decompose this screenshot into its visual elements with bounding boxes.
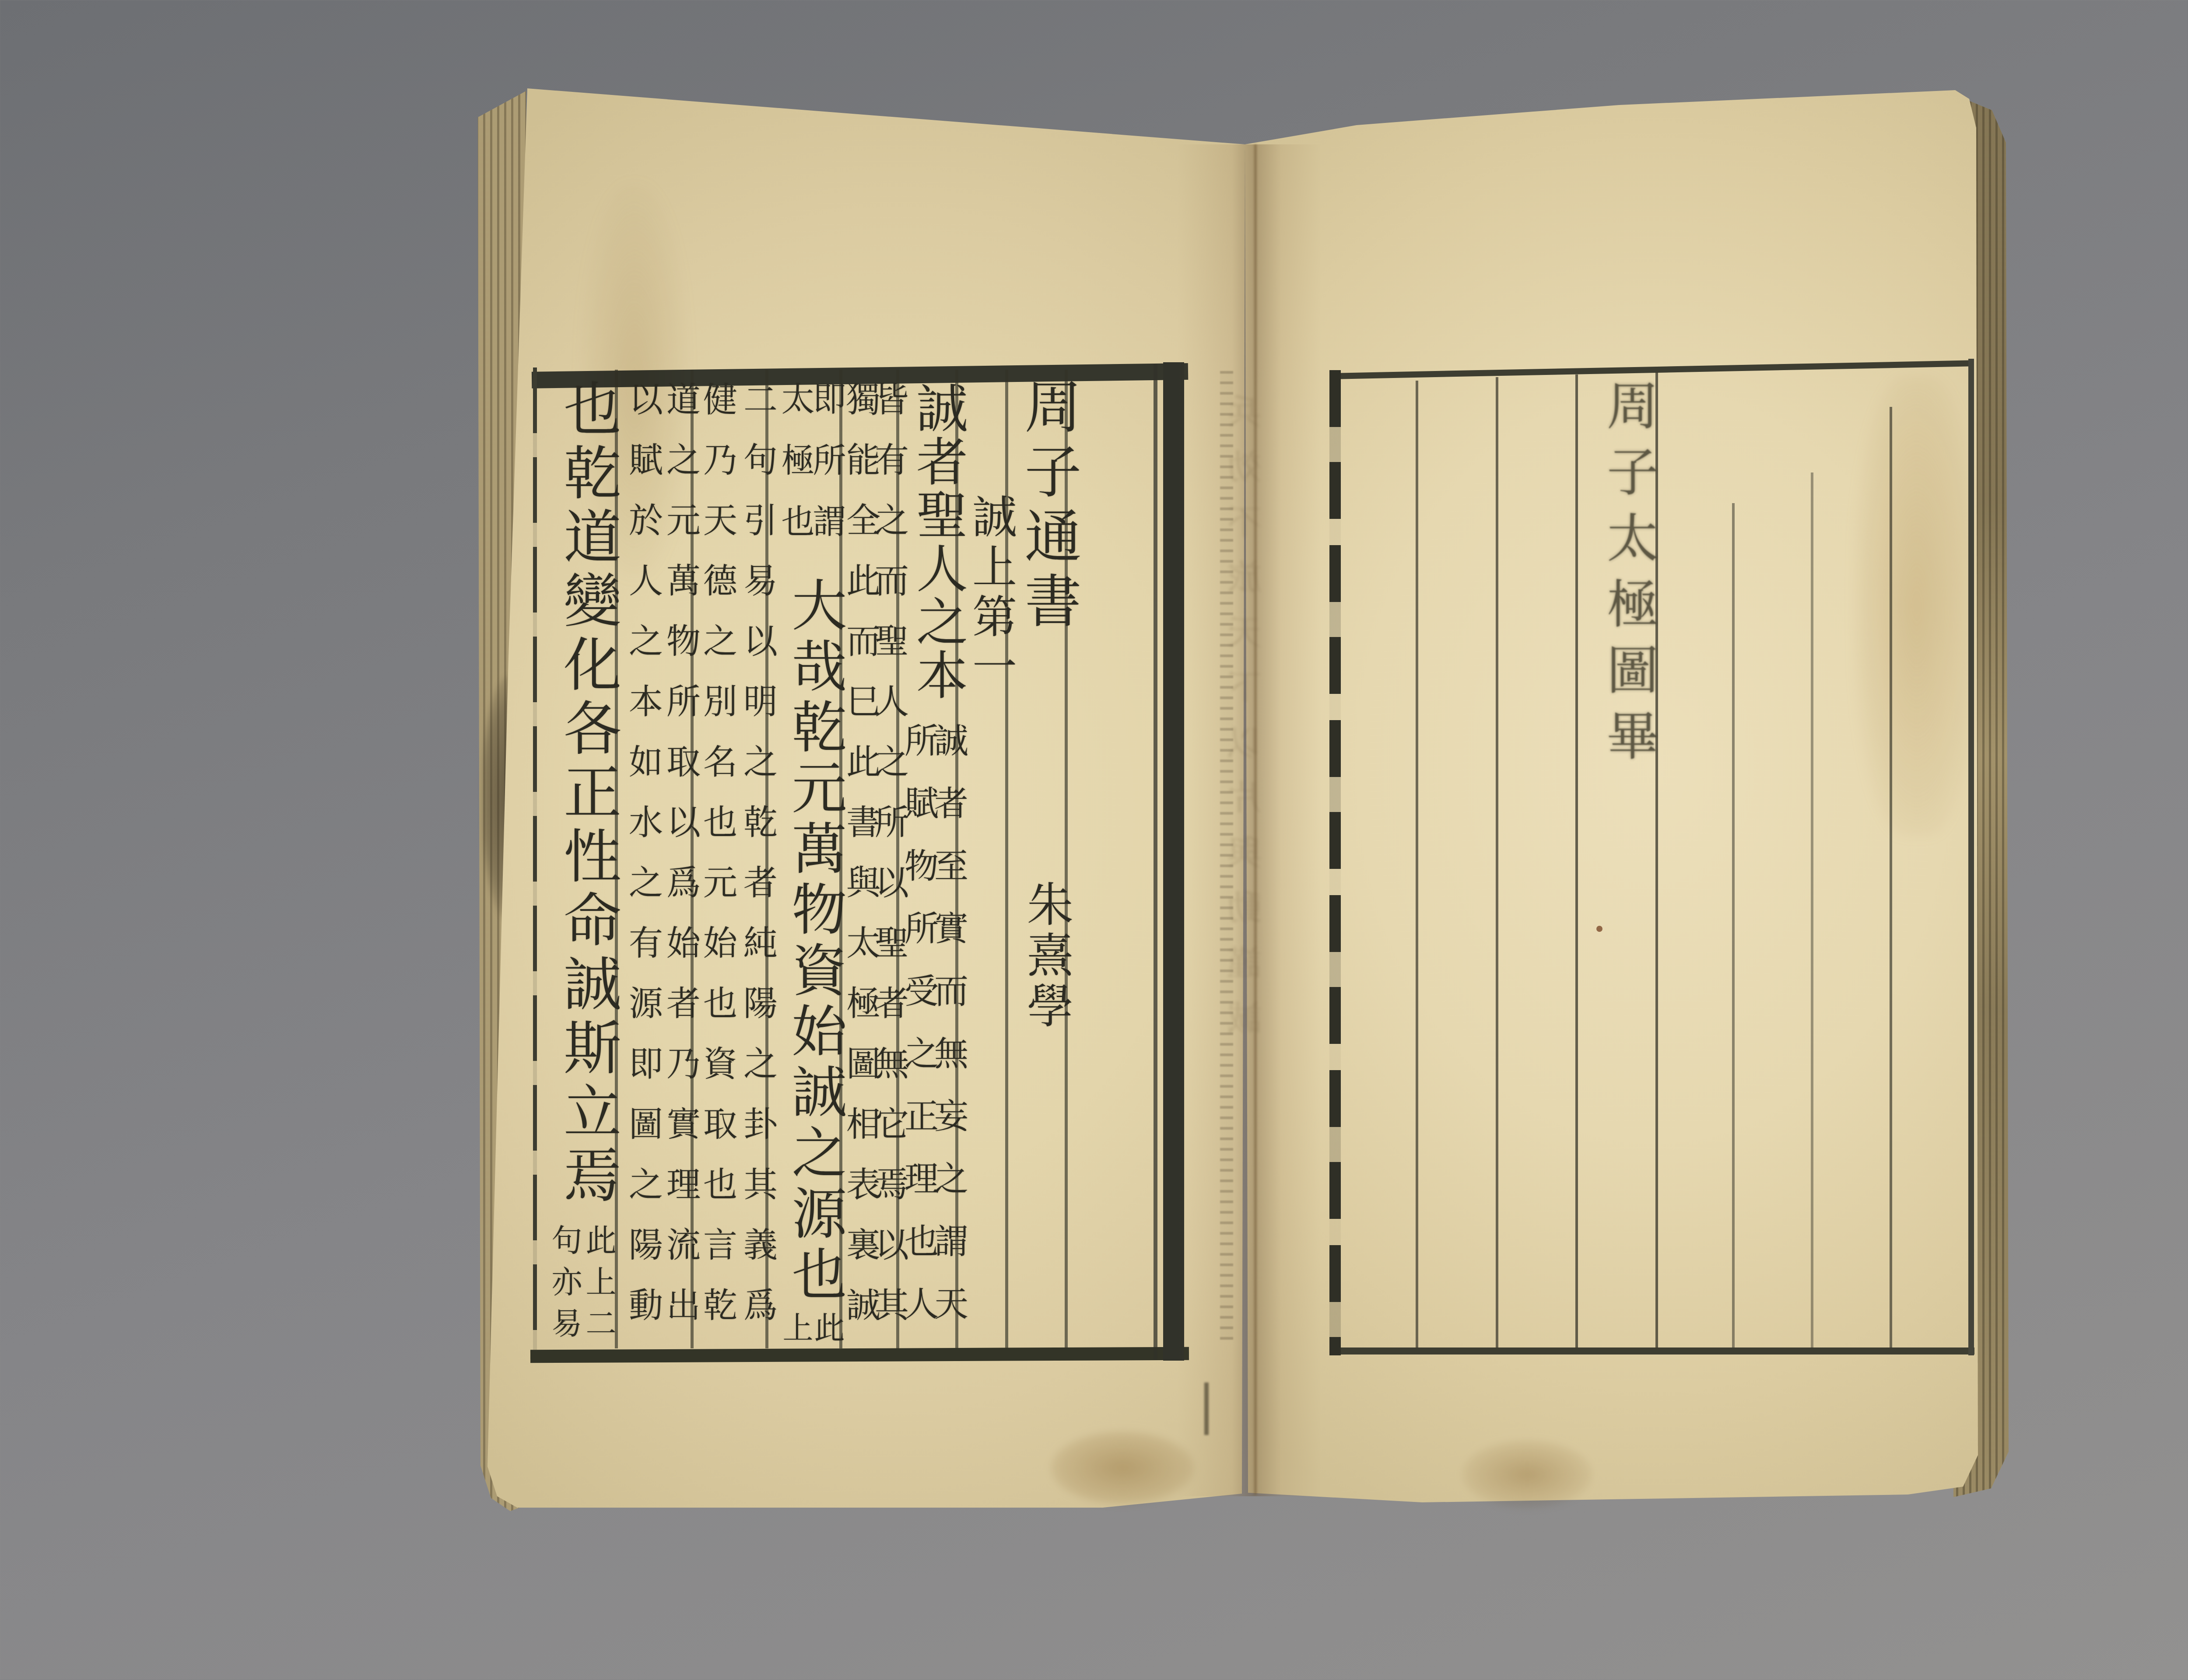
fold-crease-line bbox=[1254, 144, 1257, 1494]
column-rule bbox=[1890, 407, 1892, 1348]
column-rule bbox=[1732, 503, 1735, 1348]
text-column-6-large: 也乾道變化各正性命誠斯立焉 bbox=[533, 379, 616, 1209]
column-rule bbox=[1496, 377, 1498, 1348]
column-rule bbox=[1575, 374, 1578, 1348]
column-rule bbox=[1416, 381, 1418, 1348]
right-block-bottom-border bbox=[1333, 1347, 1974, 1354]
fox-spot bbox=[1596, 926, 1602, 932]
fold-bottom-notch bbox=[1204, 1382, 1209, 1435]
column-rule bbox=[1811, 472, 1813, 1348]
photograph-of-open-woodblock-book: { "scene": { "description_colors": { "ba… bbox=[0, 0, 2188, 1680]
right-block-left-border bbox=[1329, 370, 1341, 1355]
title-column-author: 朱熹學 bbox=[1002, 880, 1069, 1032]
colophon-text: 周子太極圖畢 bbox=[1579, 379, 1653, 808]
banxin-hatch-strip bbox=[1220, 371, 1233, 1340]
right-block-right-border bbox=[1968, 359, 1974, 1355]
text-column-6-note-left: 句亦易 bbox=[535, 1224, 579, 1349]
gutter-fold-shadow bbox=[1177, 144, 1322, 1496]
left-block-right-border-inner bbox=[1154, 364, 1157, 1360]
